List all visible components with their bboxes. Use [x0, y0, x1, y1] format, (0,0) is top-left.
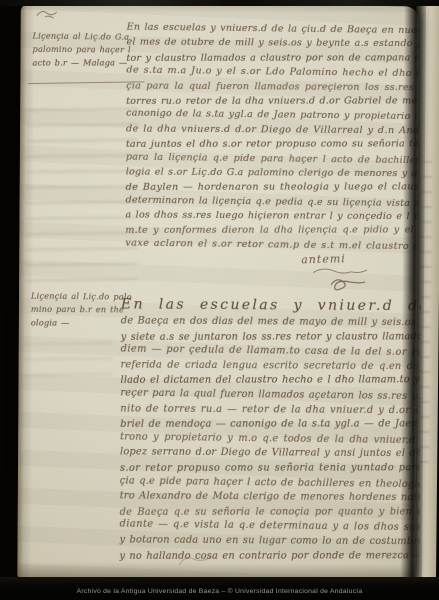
handwriting-line: çia para la qual fueron llamados pareçie…: [126, 79, 418, 95]
notary-signature: antemi: [301, 252, 411, 296]
act-record-paragraph-1: En las escuelas y vniuers.d de la çiu.d …: [125, 21, 418, 253]
handwriting-line: de la dha vniuers.d d.or Diego de Villar…: [126, 122, 418, 138]
handwriting-line: el mes de otubre de mill y seis.os y bey…: [126, 36, 418, 52]
margin-note-line: Liçençia al Liç.do G.a: [32, 30, 136, 44]
handwriting-line: referida de criada lengua escrito secret…: [121, 358, 421, 374]
margin-note-line: acto b.r — Malaga —: [32, 56, 136, 69]
photo-top-edge: [0, 0, 439, 6]
manuscript-page: Liçençia al Liç.do G.apalomino para haçe…: [17, 4, 419, 582]
act-record-paragraph-2: En las escuelas y vniuer.d de la çiu.dde…: [119, 295, 421, 564]
margin-note-line: palomino para haçer l: [32, 43, 136, 57]
margin-note-line: Liçençia al Liç.do palo: [31, 290, 135, 304]
verso-bleedthrough-text: [24, 334, 112, 387]
handwriting-line: tro Alexandro de Mota clerigo de menores…: [120, 490, 420, 506]
margin-note-license-2: Liçençia al Liç.do palomino para b.r en …: [31, 290, 135, 330]
page-gutter-shadow: [400, 0, 426, 600]
handwriting-line: de Baeça en dos dias del mes de mayo de …: [121, 314, 421, 330]
archive-caption: Archivo de la Antigua Universidad de Bae…: [0, 588, 439, 595]
handwriting-line: lopez serrano d.or Diego de Villarreal y…: [120, 446, 420, 462]
ante-mi-line: antemi: [301, 250, 411, 266]
margin-note-license-1: Liçençia al Liç.do G.apalomino para haçe…: [32, 30, 136, 70]
caption-bar: Archivo de la Antigua Universidad de Bae…: [0, 577, 439, 600]
pen-squiggle-mark: [35, 7, 61, 21]
margin-note-line: mino para b.r en the: [31, 303, 135, 317]
signature-rubric-icon: [309, 265, 379, 295]
handwriting-line: a los dhos ss.res luego hiçieron entrar …: [125, 209, 417, 225]
handwriting-line: y botaron cada uno en su lugar como lo a…: [119, 533, 419, 549]
handwriting-line: En las escuelas y vniuer.d de la çiu.d: [121, 295, 421, 316]
handwriting-line: nito de torres ru.a — retor de la dha vn…: [120, 402, 420, 418]
margin-note-line: ologia —: [31, 316, 135, 329]
faint-pencil-mark: [175, 551, 215, 571]
handwriting-line: y no hallando cosa en contrario por dond…: [119, 549, 419, 564]
handwriting-line: logia el s.or Liç.do G.a palomino clerig…: [126, 165, 418, 181]
manuscript-photo: Liçençia al Liç.do G.apalomino para haçe…: [0, 0, 439, 600]
verso-bleedthrough-text: [25, 100, 138, 287]
